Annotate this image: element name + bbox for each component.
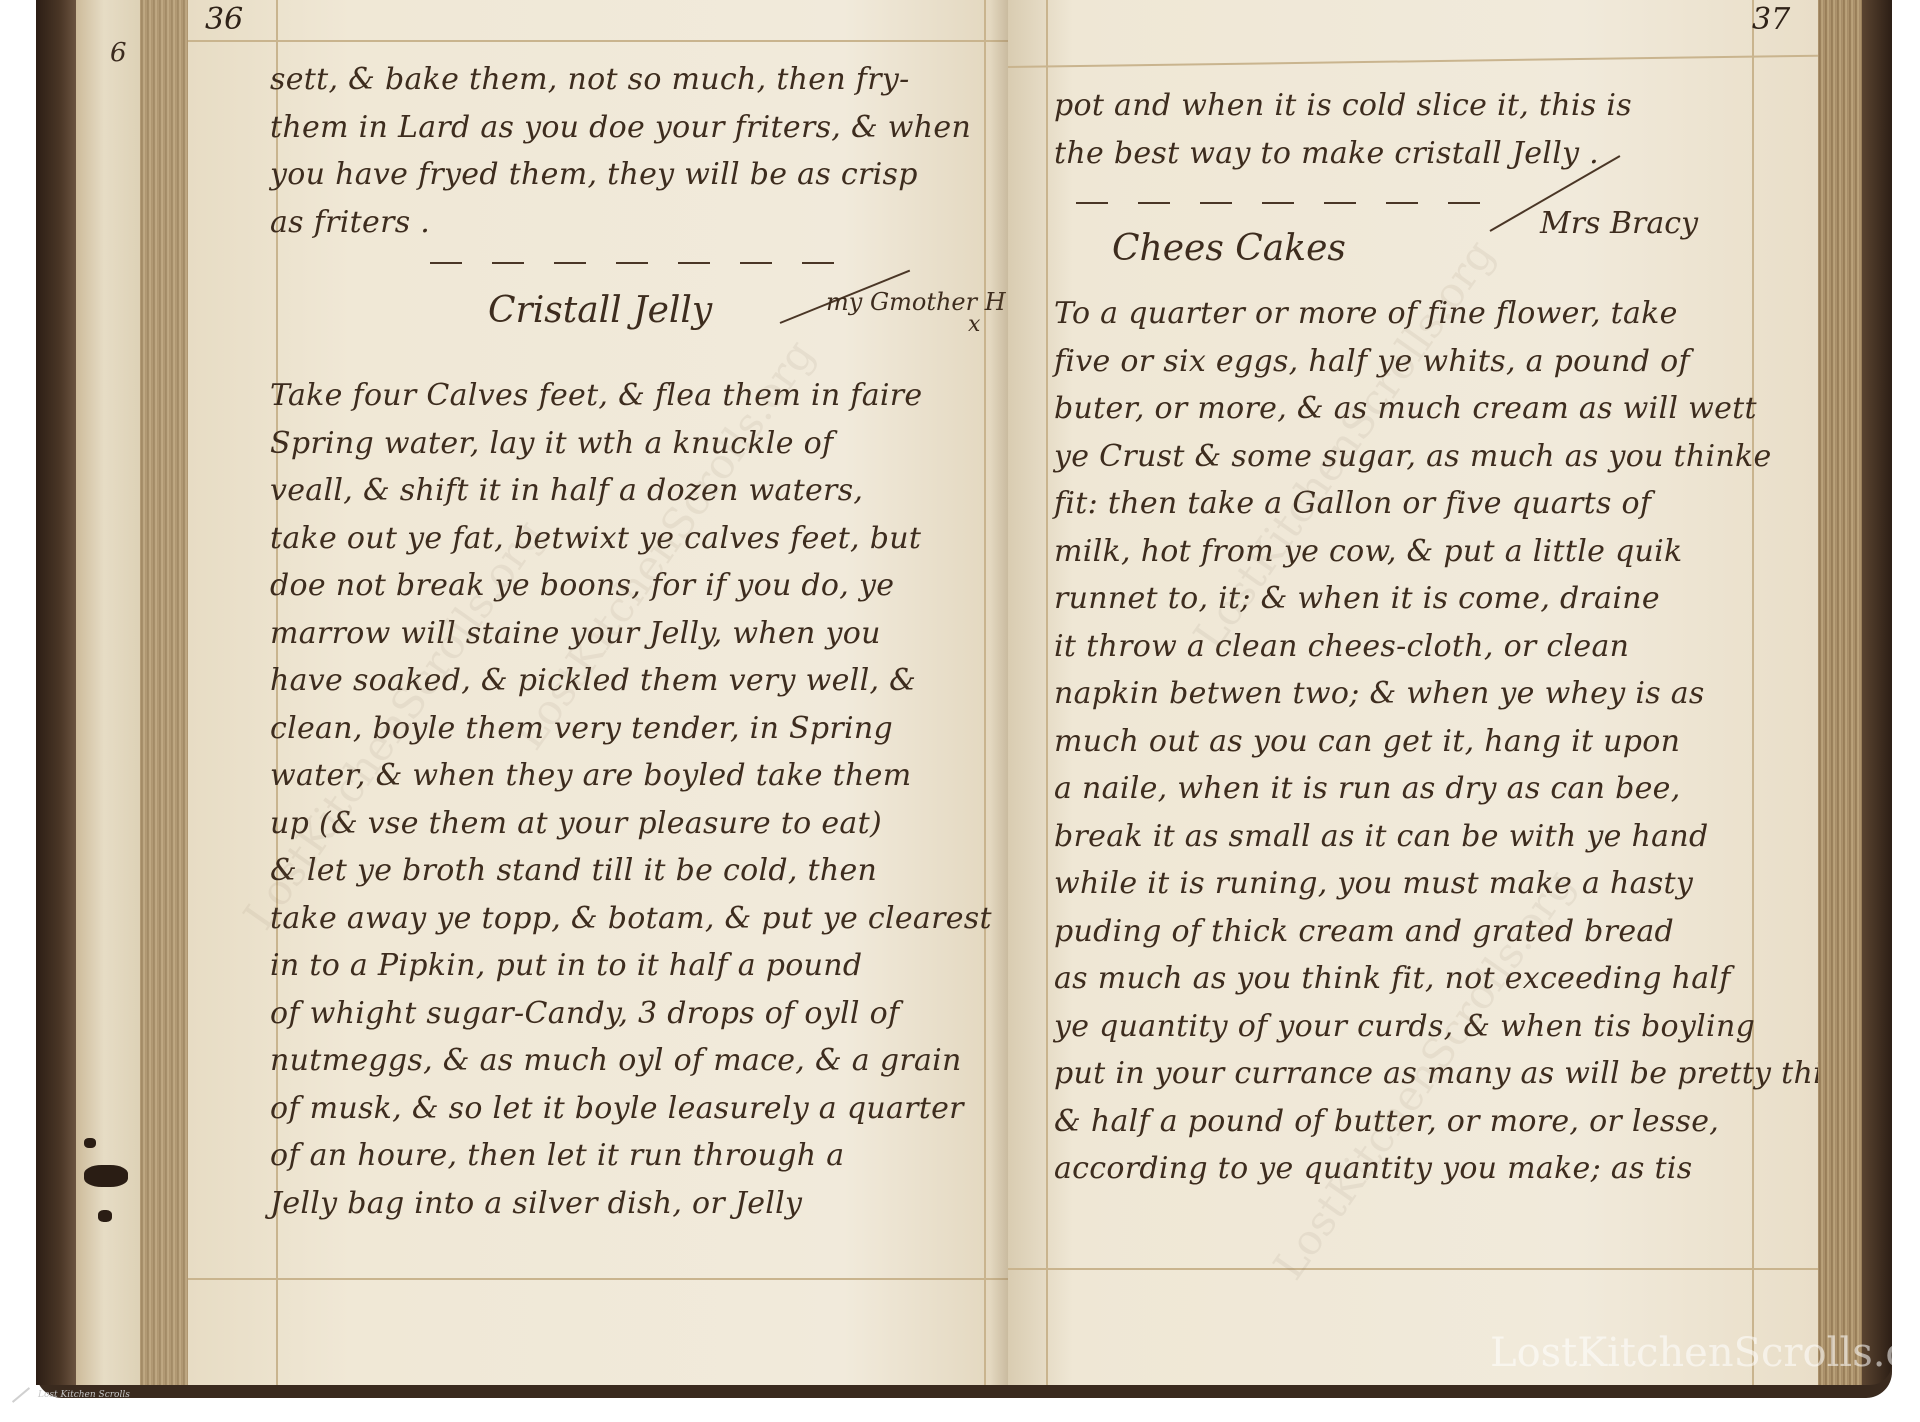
left-continuation-text: sett, & bake them, not so much, then fry…: [270, 56, 971, 246]
page-number-left: 36: [205, 2, 243, 37]
cristall-jelly-recipe-body: Take four Calves feet, & flea them in fa…: [270, 372, 992, 1227]
text-line: runnet to, it; & when it is come, draine: [1054, 575, 1868, 623]
text-line: & let ye broth stand till it be cold, th…: [270, 847, 992, 895]
text-line: break it as small as it can be with ye h…: [1054, 813, 1868, 861]
text-line: fit: then take a Gallon or five quarts o…: [1054, 480, 1868, 528]
text-line: sett, & bake them, not so much, then fry…: [270, 56, 971, 104]
text-line: veall, & shift it in half a dozen waters…: [270, 467, 992, 515]
text-line: milk, hot from ye cow, & put a little qu…: [1054, 528, 1868, 576]
text-line: them in Lard as you doe your friters, & …: [270, 104, 971, 152]
key-logo-icon: [12, 1387, 30, 1403]
text-line: it throw a clean chees-cloth, or clean: [1054, 623, 1868, 671]
text-line: take away ye topp, & botam, & put ye cle…: [270, 895, 992, 943]
ink-stain: [98, 1210, 112, 1222]
recipe-title-cristall-jelly: Cristall Jelly: [488, 290, 712, 331]
corner-watermark: LostKitchenScrolls.org: [1490, 1330, 1920, 1376]
text-line: Take four Calves feet, & flea them in fa…: [270, 372, 992, 420]
text-line: the best way to make cristall Jelly .: [1054, 130, 1632, 178]
text-line: & half a pound of butter, or more, or le…: [1054, 1098, 1868, 1146]
text-line: of an houre, then let it run through a: [270, 1132, 992, 1180]
text-line: as friters .: [270, 199, 971, 247]
right-page-left-rule: [1046, 0, 1048, 1385]
text-line: of whight sugar-Candy, 3 drops of oyll o…: [270, 990, 992, 1038]
text-line: ye Crust & some sugar, as much as you th…: [1054, 433, 1868, 481]
text-line: napkin betwen two; & when ye whey is as: [1054, 670, 1868, 718]
left-page-stack: [140, 0, 190, 1385]
right-binding-edge: [1862, 0, 1892, 1385]
footer-logo-text: Lost Kitchen Scrolls: [38, 1390, 130, 1400]
header-rule-left: [188, 40, 1008, 42]
text-line: five or six eggs, half ye whits, a pound…: [1054, 338, 1868, 386]
ink-stain: [84, 1138, 96, 1148]
text-line: Jelly bag into a silver dish, or Jelly: [270, 1180, 992, 1228]
text-line: in to a Pipkin, put in to it half a poun…: [270, 942, 992, 990]
text-line: according to ye quantity you make; as ti…: [1054, 1145, 1868, 1193]
text-line: up (& vse them at your pleasure to eat): [270, 800, 992, 848]
recipe-title-chees-cakes: Chees Cakes: [1112, 228, 1346, 269]
left-binding-edge: [36, 0, 76, 1385]
right-page-stack: [1818, 0, 1864, 1385]
page-number-right: 37: [1752, 2, 1790, 37]
recipe-attribution: Mrs Bracy: [1540, 206, 1698, 241]
footer-logo: Lost Kitchen Scrolls: [10, 1390, 130, 1400]
margin-mark: 6: [110, 38, 127, 68]
footer-rule-right: [1008, 1268, 1818, 1270]
section-divider-dashes: [430, 256, 834, 264]
text-line: have soaked, & pickled them very well, &: [270, 657, 992, 705]
text-line: buter, or more, & as much cream as will …: [1054, 385, 1868, 433]
text-line: you have fryed them, they will be as cri…: [270, 151, 971, 199]
text-line: much out as you can get it, hang it upon: [1054, 718, 1868, 766]
text-line: nutmeggs, & as much oyl of mace, & a gra…: [270, 1037, 992, 1085]
text-line: a naile, when it is run as dry as can be…: [1054, 765, 1868, 813]
recipe-mark: x: [968, 312, 980, 337]
text-line: of musk, & so let it boyle leasurely a q…: [270, 1085, 992, 1133]
text-line: puding of thick cream and grated bread: [1054, 908, 1868, 956]
ink-stain: [84, 1165, 128, 1187]
section-divider-dashes: [1076, 196, 1480, 204]
text-line: while it is runing, you must make a hast…: [1054, 860, 1868, 908]
footer-rule-left: [188, 1278, 1008, 1280]
text-line: pot and when it is cold slice it, this i…: [1054, 82, 1632, 130]
right-continuation-text: pot and when it is cold slice it, this i…: [1054, 82, 1632, 177]
text-line: Spring water, lay it wth a knuckle of: [270, 420, 992, 468]
